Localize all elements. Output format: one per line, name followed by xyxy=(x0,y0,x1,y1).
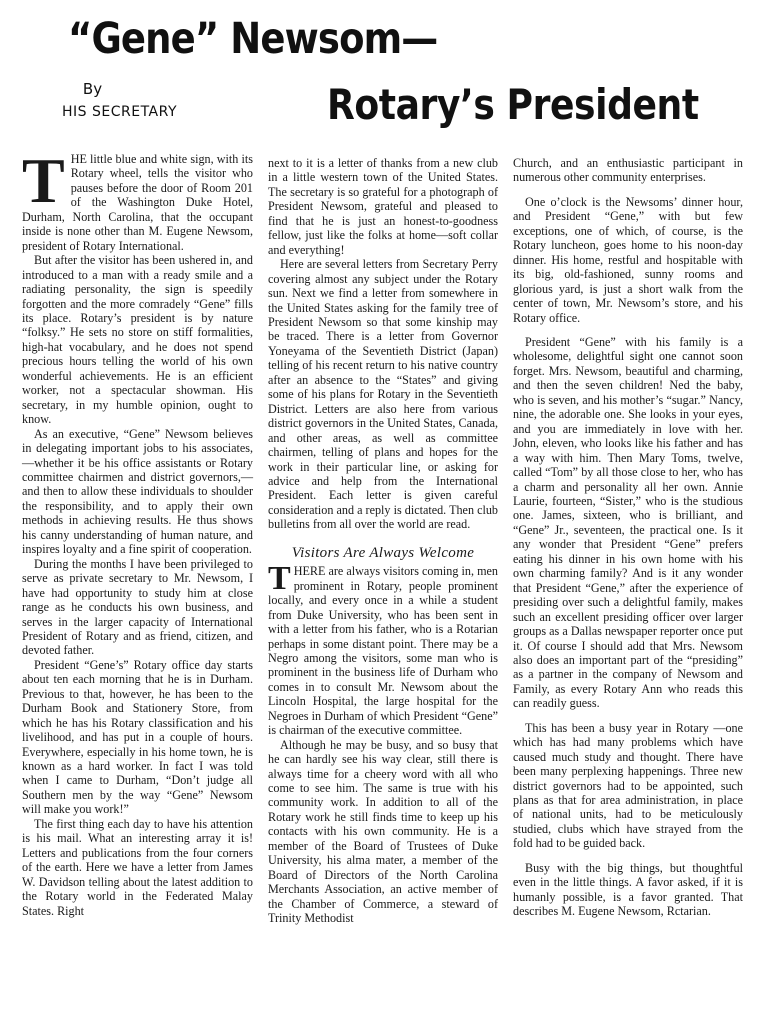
paragraph: But after the visitor has been ushered i… xyxy=(22,253,253,426)
section-subheading: Visitors Are Always Welcome xyxy=(268,546,498,560)
byline-by: By xyxy=(0,80,185,98)
paragraph: THERE are always visitors coming in, men… xyxy=(268,564,498,737)
paragraph: THE little blue and white sign, with its… xyxy=(22,152,253,253)
paragraph: This has been a busy year in Rotary —one… xyxy=(513,721,743,851)
drop-cap: T xyxy=(22,156,65,206)
title-line-2: Rotary’s President xyxy=(327,80,699,129)
byline-by-text: By xyxy=(0,80,185,98)
paragraph: next to it is a letter of thanks from a … xyxy=(268,156,498,257)
paragraph: One o’clock is the Newsoms’ dinner hour,… xyxy=(513,195,743,325)
title-line-1: “Gene” Newsom— xyxy=(68,14,437,64)
paragraph: Church, and an enthusiastic participant … xyxy=(513,156,743,185)
paragraph: As an executive, “Gene” Newsom believes … xyxy=(22,427,253,557)
column-2: next to it is a letter of thanks from a … xyxy=(268,156,498,926)
paragraph: Although he may be busy, and so busy tha… xyxy=(268,738,498,926)
paragraph-text: HERE are always visitors coming in, men … xyxy=(268,564,498,737)
paragraph: The first thing each day to have his att… xyxy=(22,817,253,918)
column-3: Church, and an enthusiastic participant … xyxy=(513,156,743,919)
byline-author: HIS SECRETARY xyxy=(62,104,177,120)
column-1: THE little blue and white sign, with its… xyxy=(22,152,253,918)
paragraph: President “Gene” with his family is a wh… xyxy=(513,335,743,711)
paragraph: Here are several letters from Secretary … xyxy=(268,257,498,532)
paragraph: During the months I have been privileged… xyxy=(22,557,253,658)
paragraph: President “Gene’s” Rotary office day sta… xyxy=(22,658,253,817)
paragraph: Busy with the big things, but thoughtful… xyxy=(513,861,743,919)
drop-cap: T xyxy=(268,566,291,592)
